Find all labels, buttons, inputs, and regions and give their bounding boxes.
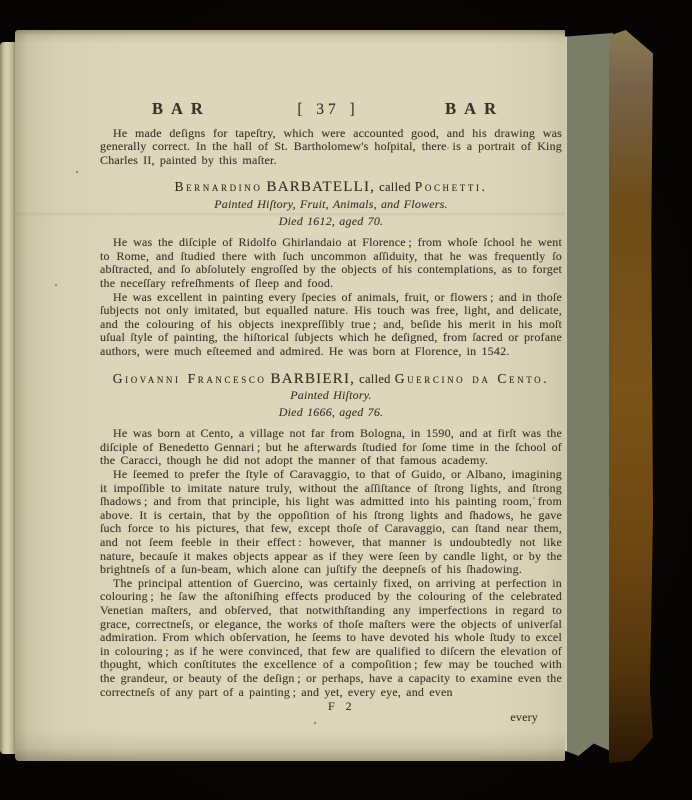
header-right-word: BAR xyxy=(445,102,504,116)
entry-heading-barbieri: Giovanni Francesco BARBIERI, called Guer… xyxy=(100,372,562,387)
entry-surname: BARBATELLI, xyxy=(266,179,375,195)
catchword: every xyxy=(510,711,538,725)
entry-died-line: Died 1612, aged 70. xyxy=(100,215,562,229)
running-header: BAR [ 37 ] BAR xyxy=(100,102,562,117)
body-paragraph: He was born at Cento, a village not far … xyxy=(100,427,562,468)
called-label: called xyxy=(379,180,411,194)
body-paragraph: The principal attention of Guercino, was… xyxy=(100,577,562,699)
entry-subjects-line: Painted Hiſtory. xyxy=(100,389,562,403)
book-cover-edge xyxy=(609,30,653,763)
body-paragraph: He ſeemed to prefer the ſtyle of Caravag… xyxy=(100,468,562,577)
book-photo: BAR [ 37 ] BAR He made deſigns for tapeſ… xyxy=(0,0,692,800)
called-label: called xyxy=(359,372,391,386)
book-fore-edge xyxy=(565,33,613,758)
signature-mark: F 2 xyxy=(328,700,355,714)
page-number: [ 37 ] xyxy=(297,103,358,117)
entry-surname: BARBIERI, xyxy=(271,371,356,387)
book-page: BAR [ 37 ] BAR He made deſigns for tapeſ… xyxy=(15,30,565,761)
text-column: BAR [ 37 ] BAR He made deſigns for tapeſ… xyxy=(100,102,562,730)
intro-paragraph: He made deſigns for tapeſtry, which were… xyxy=(100,127,562,168)
body-paragraph: He was excellent in painting every ſpeci… xyxy=(100,291,562,359)
entry-heading-barbatelli: Bernardino BARBATELLI, called Pochetti. xyxy=(100,180,562,195)
header-left-word: BAR xyxy=(152,102,211,116)
entry-epithet: Guercino da Cento. xyxy=(395,371,550,386)
facing-page-edge xyxy=(0,42,15,754)
entry-forename: Bernardino xyxy=(174,179,262,194)
body-paragraph: He was the diſciple of Ridolfo Ghirlanda… xyxy=(100,236,562,290)
entry-epithet: Pochetti. xyxy=(415,179,488,194)
entry-forename: Giovanni Francesco xyxy=(113,371,267,386)
page-foot: F 2 every xyxy=(100,700,562,730)
entry-subjects-line: Painted Hiſtory, Fruit, Animals, and Flo… xyxy=(100,198,562,212)
entry-died-line: Died 1666, aged 76. xyxy=(100,406,562,420)
